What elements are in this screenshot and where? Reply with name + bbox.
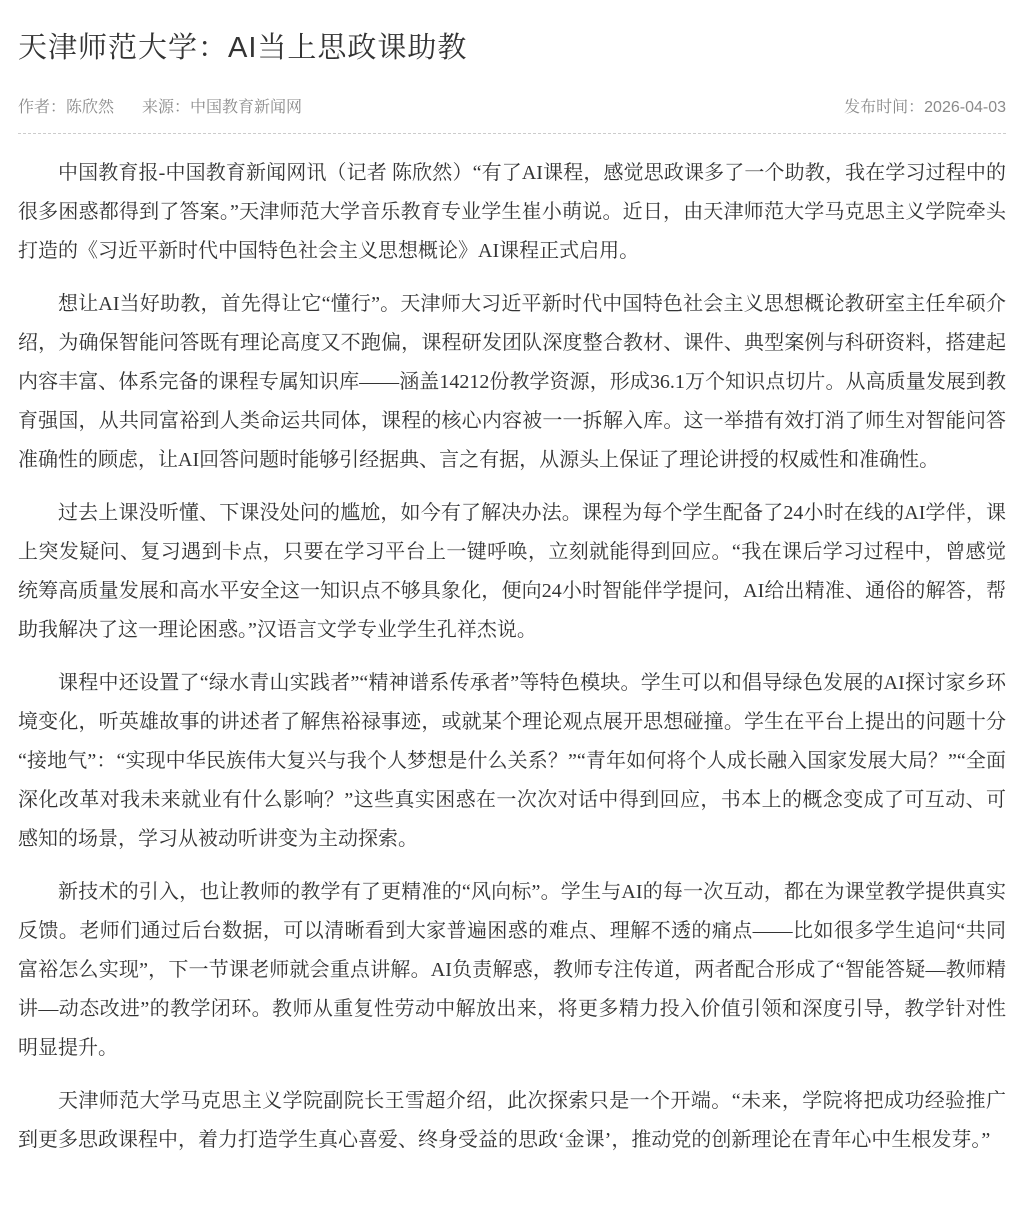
- article-title: 天津师范大学：AI当上思政课助教: [18, 0, 1006, 66]
- article-meta-left: 作者：陈欣然 来源：中国教育新闻网: [18, 94, 302, 117]
- article-paragraph: 中国教育报-中国教育新闻网讯（记者 陈欣然）“有了AI课程，感觉思政课多了一个助…: [18, 154, 1006, 271]
- article-paragraph: 过去上课没听懂、下课没处问的尴尬，如今有了解决办法。课程为每个学生配备了24小时…: [18, 494, 1006, 650]
- article-paragraph: 新技术的引入，也让教师的教学有了更精准的“风向标”。学生与AI的每一次互动，都在…: [18, 873, 1006, 1068]
- article-meta-row: 作者：陈欣然 来源：中国教育新闻网 发布时间：2026-04-03: [18, 94, 1006, 134]
- author-field: 作者：陈欣然: [18, 94, 114, 117]
- author-value: 陈欣然: [66, 99, 114, 116]
- article-paragraph: 想让AI当好助教，首先得让它“懂行”。天津师大习近平新时代中国特色社会主义思想概…: [18, 285, 1006, 480]
- article-paragraph: 天津师范大学马克思主义学院副院长王雪超介绍，此次探索只是一个开端。“未来，学院将…: [18, 1082, 1006, 1160]
- source-label: 来源：: [142, 99, 190, 116]
- source-value: 中国教育新闻网: [190, 99, 302, 116]
- article-page: 天津师范大学：AI当上思政课助教 作者：陈欣然 来源：中国教育新闻网 发布时间：…: [0, 0, 1024, 1210]
- publish-time-label: 发布时间：: [844, 99, 924, 116]
- article-body: 中国教育报-中国教育新闻网讯（记者 陈欣然）“有了AI课程，感觉思政课多了一个助…: [18, 154, 1006, 1160]
- author-label: 作者：: [18, 99, 66, 116]
- article-paragraph: 课程中还设置了“绿水青山实践者”“精神谱系传承者”等特色模块。学生可以和倡导绿色…: [18, 664, 1006, 859]
- publish-time-value: 2026-04-03: [924, 99, 1006, 116]
- publish-time-field: 发布时间：2026-04-03: [844, 94, 1006, 117]
- source-field: 来源：中国教育新闻网: [142, 94, 302, 117]
